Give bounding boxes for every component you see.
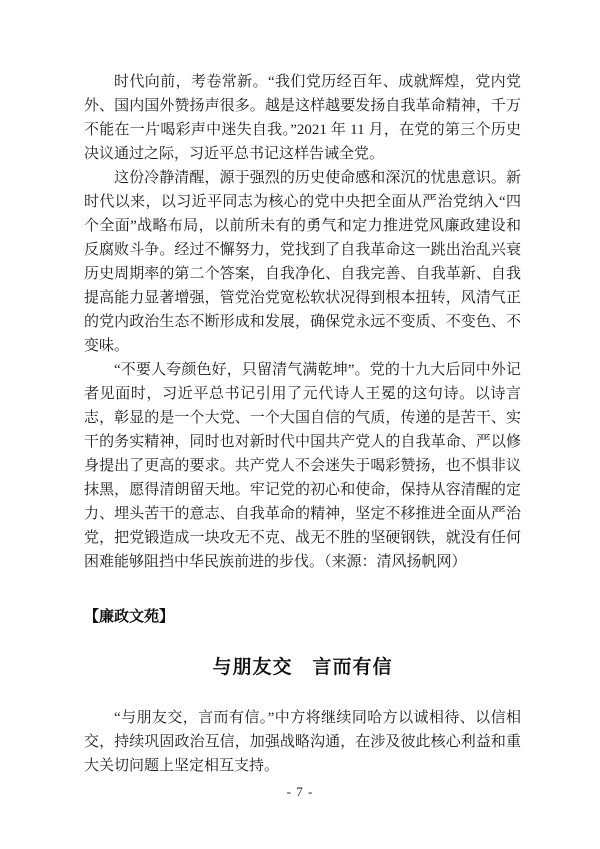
paragraph-4: “与朋友交，言而有信。”中方将继续同哈方以诚相待、以信相交，持续巩固政治互信，加… — [84, 706, 521, 778]
section-label: 【廉政文苑】 — [84, 607, 521, 627]
paragraph-2: 这份冷静清醒，源于强烈的历史使命感和深沉的忧患意识。新时代以来，以习近平同志为核… — [84, 166, 521, 358]
article-title: 与朋友交 言而有信 — [84, 654, 521, 681]
document-content: 时代向前，考卷常新。“我们党历经百年、成就辉煌，党内党外、国内国外赞扬声很多。越… — [84, 70, 521, 778]
page-number: - 7 - — [0, 784, 600, 800]
paragraph-3: “不要人夸颜色好，只留清气满乾坤”。党的十九大后同中外记者见面时，习近平总书记引… — [84, 358, 521, 574]
document-page: 时代向前，考卷常新。“我们党历经百年、成就辉煌，党内党外、国内国外赞扬声很多。越… — [0, 0, 600, 849]
paragraph-1: 时代向前，考卷常新。“我们党历经百年、成就辉煌，党内党外、国内国外赞扬声很多。越… — [84, 70, 521, 166]
